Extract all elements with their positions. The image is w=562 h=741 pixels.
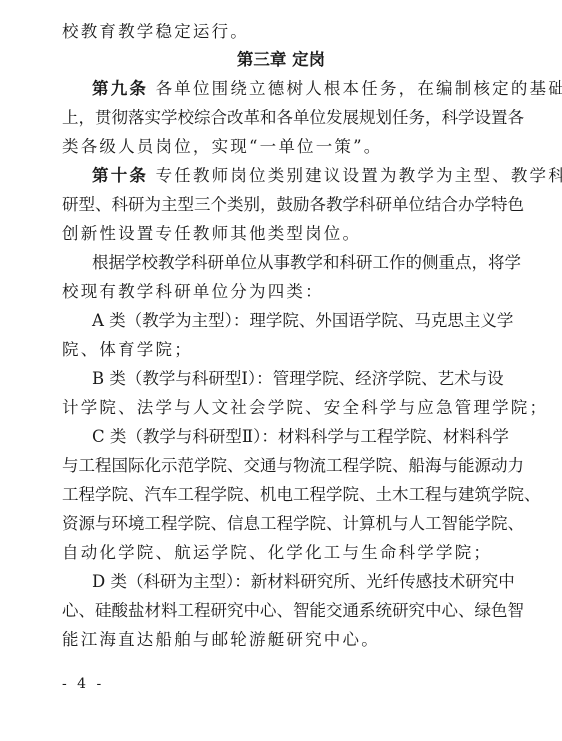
category-c-line-4: 资源与环境工程学院、信息工程学院、计算机与人工智能学院、: [62, 512, 502, 536]
text-line: 校教育教学稳定运行。: [62, 20, 502, 44]
article-9-text: 各单位围绕立德树人根本任务，在编制核定的基础: [156, 79, 562, 98]
article-10-line-1: 第十条 专任教师岗位类别建议设置为教学为主型、教学科: [92, 164, 502, 188]
category-b-line-2: 计学院、法学与人文社会学院、安全科学与应急管理学院；: [62, 396, 502, 420]
text-line: 研型、科研为主型三个类别，鼓励各教学科研单位结合办学特色: [62, 193, 502, 217]
category-b-line-1: B 类（教学与科研型Ⅰ）：管理学院、经济学院、艺术与设: [92, 367, 502, 391]
page-number: - 4 -: [62, 676, 104, 692]
text-line: 创新性设置专任教师其他类型岗位。: [62, 222, 502, 246]
article-10-label: 第十条: [92, 166, 148, 185]
category-d-line-2: 心、硅酸盐材料工程研究中心、智能交通系统研究中心、绿色智: [62, 599, 502, 623]
category-a-line-1: A 类（教学为主型）：理学院、外国语学院、马克思主义学: [92, 309, 502, 333]
category-c-line-3: 工程学院、汽车工程学院、机电工程学院、土木工程与建筑学院、: [62, 483, 502, 507]
text-line: 根据学校教学科研单位从事教学和科研工作的侧重点，将学: [92, 251, 502, 275]
category-c-line-5: 自动化学院、航运学院、化学化工与生命科学学院；: [62, 541, 502, 565]
document-page: 校教育教学稳定运行。 第三章 定岗 第九条 各单位围绕立德树人根本任务，在编制核…: [0, 0, 562, 741]
chapter-title: 第三章 定岗: [0, 48, 562, 72]
article-10-text: 专任教师岗位类别建议设置为教学为主型、教学科: [156, 166, 562, 185]
category-c-line-1: C 类（教学与科研型Ⅱ）：材料科学与工程学院、材料科学: [92, 425, 502, 449]
article-9-line-1: 第九条 各单位围绕立德树人根本任务，在编制核定的基础: [92, 77, 502, 101]
category-d-line-1: D 类（科研为主型）：新材料研究所、光纤传感技术研究中: [92, 570, 502, 594]
category-d-line-3: 能江海直达船舶与邮轮游艇研究中心。: [62, 628, 502, 652]
text-line: 校现有教学科研单位分为四类：: [62, 280, 502, 304]
article-9-label: 第九条: [92, 79, 148, 98]
category-a-line-2: 院、体育学院；: [62, 338, 502, 362]
text-line: 上，贯彻落实学校综合改革和各单位发展规划任务，科学设置各: [62, 106, 502, 130]
text-line: 类各级人员岗位，实现“一单位一策”。: [62, 135, 502, 159]
category-c-line-2: 与工程国际化示范学院、交通与物流工程学院、船海与能源动力: [62, 454, 502, 478]
